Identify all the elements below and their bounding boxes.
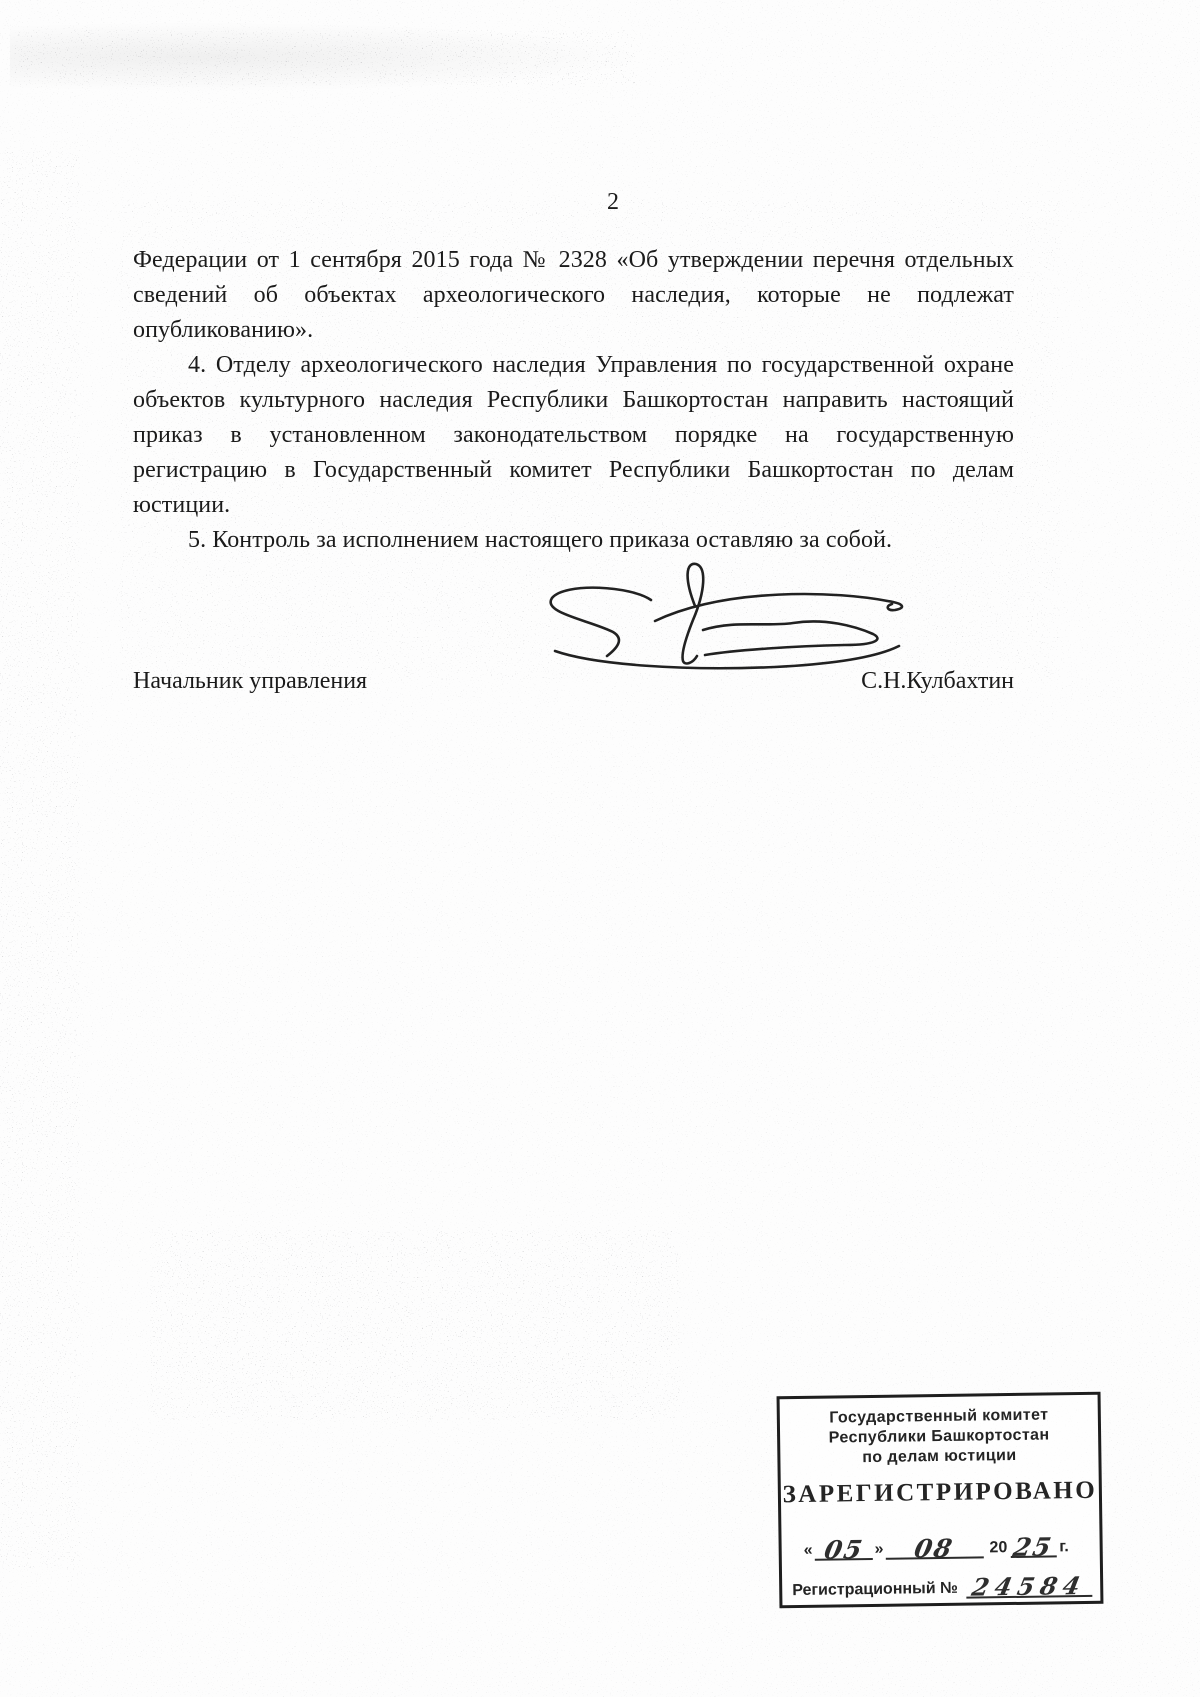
body-line: регистрацию в Государственный комитет Ре… bbox=[133, 453, 1014, 488]
body-line: Федерации от 1 сентября 2015 года № 2328… bbox=[133, 243, 1014, 278]
year-prefix: 20 bbox=[989, 1539, 1007, 1557]
scanned-document-page: 2 Федерации от 1 сентября 2015 года № 23… bbox=[0, 0, 1200, 1697]
handwritten-registration-number: 24584 bbox=[970, 1574, 1088, 1600]
page-number: 2 bbox=[133, 188, 1093, 216]
stamp-date-line: « 05 » 08 20 25 г. bbox=[803, 1515, 1090, 1561]
handwritten-year: 25 bbox=[1011, 1534, 1055, 1560]
handwritten-signature bbox=[535, 558, 930, 678]
signatory-name: С.Н.Кулбахтин bbox=[861, 666, 1014, 697]
signatory-title: Начальник управления bbox=[133, 666, 367, 697]
year-blank: 25 bbox=[1010, 1521, 1056, 1558]
body-line: приказ в установленном законодательством… bbox=[133, 418, 1014, 453]
stamp-registration-line: Регистрационный № 24584 bbox=[792, 1567, 1092, 1601]
registration-stamp: Государственный комитет Республики Башко… bbox=[777, 1392, 1104, 1609]
signature-row: Начальник управления С.Н.Кулбахтин bbox=[133, 666, 1014, 697]
registered-label: ЗАРЕГИСТРИРОВАНО bbox=[781, 1477, 1099, 1508]
body-line: юстиции. bbox=[133, 488, 1014, 523]
handwritten-day: 05 bbox=[822, 1537, 866, 1563]
handwritten-month: 08 bbox=[913, 1536, 957, 1562]
document-body-text: Федерации от 1 сентября 2015 года № 2328… bbox=[133, 243, 1014, 558]
year-suffix: г. bbox=[1059, 1538, 1069, 1556]
stamp-organization: Государственный комитет Республики Башко… bbox=[780, 1405, 1099, 1469]
body-line: 5. Контроль за исполнением настоящего пр… bbox=[133, 523, 1014, 558]
body-line: 4. Отделу археологического наследия Упра… bbox=[133, 348, 1014, 383]
quote-close: » bbox=[874, 1541, 883, 1559]
body-line: сведений об объектах археологического на… bbox=[133, 278, 1014, 313]
quote-open: « bbox=[804, 1542, 813, 1560]
day-blank: 05 bbox=[814, 1524, 872, 1561]
scan-smudge bbox=[10, 22, 650, 92]
registration-number-label: Регистрационный № bbox=[792, 1580, 958, 1600]
body-line: объектов культурного наследия Республики… bbox=[133, 383, 1014, 418]
month-blank: 08 bbox=[885, 1522, 983, 1559]
body-line: опубликованию». bbox=[133, 313, 1014, 348]
stamp-org-line-3: по делам юстиции bbox=[780, 1445, 1098, 1469]
registration-number-blank: 24584 bbox=[966, 1563, 1093, 1599]
